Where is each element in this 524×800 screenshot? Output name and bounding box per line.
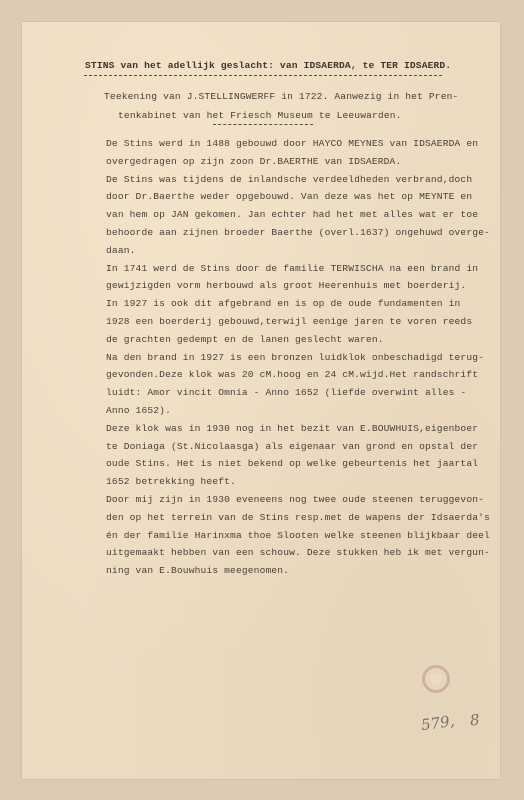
body-line: én der familie Harinxma thoe Slooten wel… [106, 527, 490, 545]
body-line: Anno 1652). [106, 402, 490, 420]
body-line: luidt: Amor vincit Omnia - Anno 1652 (li… [106, 384, 490, 402]
body-line: gevonden.Deze klok was 20 cM.hoog en 24 … [106, 366, 490, 384]
body-line: oude Stins. Het is niet bekend op welke … [106, 455, 490, 473]
body-line: In 1741 werd de Stins door de familie TE… [106, 260, 490, 278]
body-line: van hem op JAN gekomen. Jan echter had h… [106, 206, 490, 224]
body-line: Na den brand in 1927 is een bronzen luid… [106, 349, 490, 367]
archive-stamp-icon [422, 665, 450, 693]
archive-subnumber: 8 [469, 711, 480, 730]
body-line: Door mij zijn in 1930 eveneens nog twee … [106, 491, 490, 509]
title-underline [84, 75, 442, 76]
body-line: ning van E.Bouwhuis meegenomen. [106, 562, 490, 580]
body-line: overgedragen op zijn zoon Dr.BAERTHE van… [106, 153, 490, 171]
body-line: den op het terrein van de Stins resp.met… [106, 509, 490, 527]
body-line: gewijzigden vorm herbouwd als groot Heer… [106, 277, 490, 295]
document-title: STINS van het adellijk geslacht: van IDS… [85, 60, 451, 71]
subtitle-line-1: Teekening van J.STELLINGWERFF in 1722. A… [104, 91, 458, 102]
body-line: behoorde aan zijnen broeder Baerthe (ove… [106, 224, 490, 242]
body-line: daan. [106, 242, 490, 260]
body-line: Deze klok was in 1930 nog in het bezit v… [106, 420, 490, 438]
body-line: De Stins werd in 1488 gebouwd door HAYCO… [106, 135, 490, 153]
body-line: door Dr.Baerthe weder opgebouwd. Van dez… [106, 188, 490, 206]
body-line: De Stins was tijdens de inlandsche verde… [106, 171, 490, 189]
body-line: 1928 een boerderij gebouwd,terwijl eenig… [106, 313, 490, 331]
subtitle-line-2: tenkabinet van het Friesch Museum te Lee… [118, 110, 402, 121]
body-line: de grachten gedempt en de lanen geslecht… [106, 331, 490, 349]
subtitle-underline [213, 124, 313, 125]
body-line: 1652 betrekking heeft. [106, 473, 490, 491]
body-line: In 1927 is ook dit afgebrand en is op de… [106, 295, 490, 313]
body-line: uitgemaakt hebben van een schouw. Deze s… [106, 544, 490, 562]
body-line: te Doniaga (St.Nicolaasga) als eigenaar … [106, 438, 490, 456]
body-text: De Stins werd in 1488 gebouwd door HAYCO… [106, 135, 490, 580]
